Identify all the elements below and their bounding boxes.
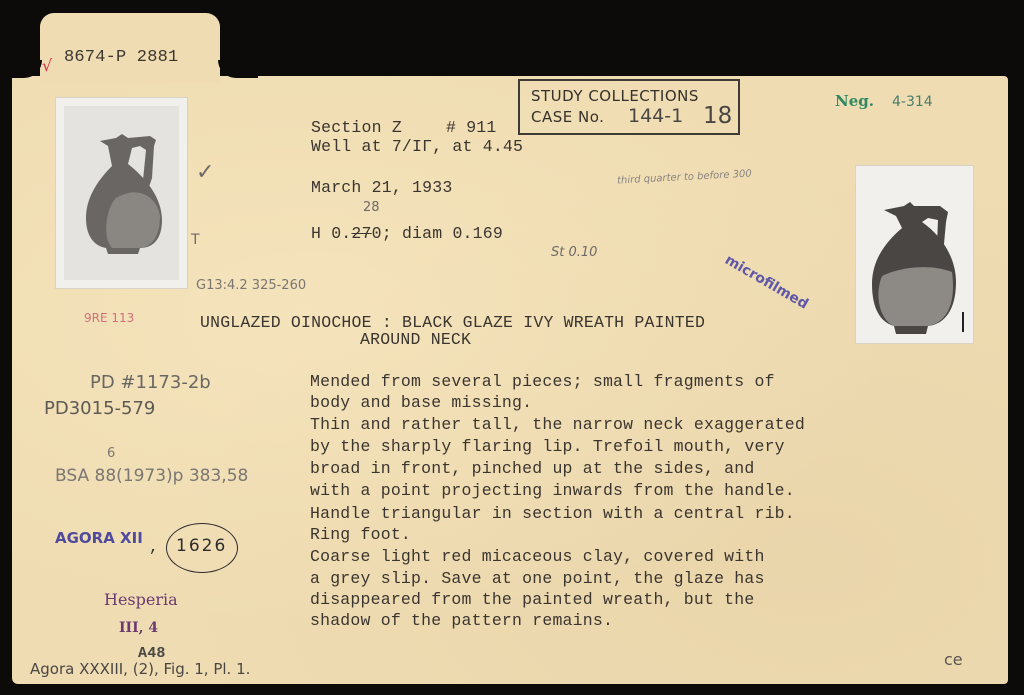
measurements: H 0.270; diam 0.169	[311, 224, 503, 244]
description-line: with a point projecting inwards from the…	[310, 481, 930, 505]
agora-xxxiii-reference: Agora XXXIII, (2), Fig. 1, Pl. 1.	[30, 660, 250, 678]
object-description: Mended from several pieces; small fragme…	[310, 372, 930, 636]
excavation-date: March 21, 1933	[311, 178, 452, 198]
comma: ,	[149, 538, 159, 556]
pd-reference-1: PD #1173-2b	[90, 372, 211, 393]
case-suffix: 18	[703, 103, 732, 129]
oinochoe-image	[856, 166, 973, 343]
initials: ce	[944, 650, 963, 669]
height-correction: 28	[363, 200, 380, 215]
case-number: 144-1	[628, 105, 683, 127]
height-suffix: 0; diam 0.169	[372, 224, 503, 243]
negative-label: Neg.	[835, 92, 874, 110]
description-line: broad in front, pinched up at the sides,…	[310, 459, 930, 483]
red-check-mark-icon: √	[42, 56, 52, 75]
pencil-check-icon: ✓	[196, 160, 214, 185]
stamp-line-1: STUDY COLLECTIONS	[531, 87, 699, 105]
pd-reference-2: PD3015-579	[44, 398, 155, 419]
section-number: # 911	[446, 118, 497, 138]
grid-reference: G13:4.2 325-260	[196, 278, 306, 293]
agora-catalog-number: 1626	[176, 536, 227, 556]
bsa-reference: BSA 88(1973)p 383,58	[55, 466, 248, 486]
height-struck: 27	[351, 224, 371, 243]
description-line: Ring foot.	[310, 525, 930, 549]
photo-oinochoe-right	[856, 166, 973, 343]
oinochoe-image	[56, 98, 187, 288]
description-line: Thin and rather tall, the narrow neck ex…	[310, 415, 930, 439]
bsa-correction: 6	[107, 446, 115, 461]
section-label: Section Z	[311, 118, 402, 138]
negative-number: 4-314	[892, 94, 933, 110]
stamp-line-2: CASE No.	[531, 108, 604, 126]
object-title-line-2: AROUND NECK	[360, 330, 471, 350]
hesperia-volume: III, 4	[119, 620, 158, 636]
description-line: by the sharply flaring lip. Trefoil mout…	[310, 437, 930, 461]
description-line: shadow of the pattern remains.	[310, 611, 930, 635]
height-prefix: H 0.	[311, 224, 351, 243]
stand-note: St 0.10	[551, 245, 597, 260]
findspot-location: Well at 7/IΓ, at 4.45	[311, 137, 523, 157]
red-reference: 9RE 113	[84, 311, 134, 325]
hesperia-label: Hesperia	[104, 590, 178, 609]
inventory-number: 8674-P 2881	[64, 48, 178, 68]
pencil-t-mark: T	[191, 232, 200, 248]
photo-oinochoe-left	[56, 98, 187, 288]
agora-xii-stamp: AGORA XII	[55, 529, 143, 547]
